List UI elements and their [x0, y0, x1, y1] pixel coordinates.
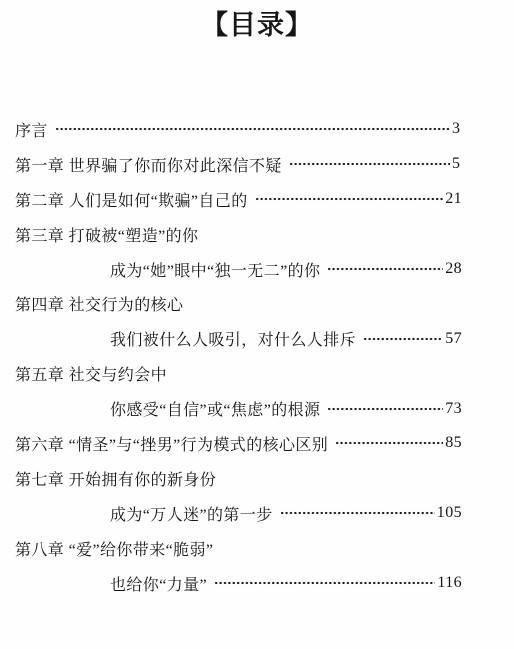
toc-entry-label: 第一章 世界骗了你而你对此深信不疑 [15, 153, 282, 176]
toc-entry: 第六章 “情圣”与“挫男”行为模式的核心区别85 [15, 426, 462, 461]
dot-leader [363, 331, 443, 347]
page-title: 【目录】 [0, 11, 514, 41]
toc-entry: 第一章 世界骗了你而你对此深信不疑5 [15, 147, 462, 182]
dot-leader [327, 261, 443, 277]
dot-leader [335, 435, 443, 451]
toc-entry-page: 73 [445, 400, 462, 418]
dot-leader [289, 156, 450, 172]
toc-entry: 我们被什么人吸引，对什么人排斥57 [15, 321, 462, 356]
toc-entry-label: 也给你“力量” [110, 572, 207, 595]
toc-entry-label: 你感受“自信”或“焦虑”的根源 [110, 397, 320, 420]
toc-entry-page: 105 [437, 504, 462, 522]
toc-entry: 第七章 开始拥有你的新身份 [15, 461, 462, 496]
toc-entry-label: 第二章 人们是如何“欺骗”自己的 [15, 188, 248, 211]
toc-entry-label: 成为“万人迷”的第一步 [110, 502, 273, 525]
toc-entry-label: 序言 [15, 118, 48, 141]
toc-entry: 成为“万人迷”的第一步105 [15, 496, 462, 531]
toc-entry: 你感受“自信”或“焦虑”的根源73 [15, 391, 462, 426]
toc-page: 【目录】 序言3第一章 世界骗了你而你对此深信不疑5第二章 人们是如何“欺骗”自… [0, 0, 514, 649]
dot-leader [55, 121, 450, 137]
toc-entry-page: 57 [445, 330, 462, 348]
dot-leader [214, 575, 435, 591]
toc-entry: 第二章 人们是如何“欺骗”自己的21 [15, 182, 462, 217]
toc-entry-label: 第五章 社交与约会中 [15, 362, 167, 385]
dot-leader [255, 191, 444, 207]
toc-entry-page: 21 [445, 190, 462, 208]
toc-entry-label: 成为“她”眼中“独一无二”的你 [110, 258, 320, 281]
dot-leader [327, 401, 443, 417]
toc-entry-label: 第六章 “情圣”与“挫男”行为模式的核心区别 [15, 432, 328, 455]
toc-entry: 成为“她”眼中“独一无二”的你28 [15, 252, 462, 287]
dot-leader [280, 505, 435, 521]
toc-entry-page: 116 [437, 574, 462, 592]
toc-entry-label: 我们被什么人吸引，对什么人排斥 [110, 327, 356, 350]
toc-entry: 也给你“力量”116 [15, 566, 462, 601]
toc-entry-label: 第八章 “爱”给你带来“脆弱” [15, 537, 213, 560]
toc-entry: 第四章 社交行为的核心 [15, 286, 462, 321]
toc-entry: 序言3 [15, 112, 462, 147]
toc-entry: 第八章 “爱”给你带来“脆弱” [15, 531, 462, 566]
toc-entry-page: 3 [452, 120, 462, 138]
toc-entry-label: 第三章 打破被“塑造”的你 [15, 223, 198, 246]
toc-entry-label: 第四章 社交行为的核心 [15, 292, 183, 315]
toc-list: 序言3第一章 世界骗了你而你对此深信不疑5第二章 人们是如何“欺骗”自己的21第… [15, 112, 462, 600]
toc-entry-page: 5 [452, 155, 462, 173]
toc-entry: 第三章 打破被“塑造”的你 [15, 217, 462, 252]
toc-entry: 第五章 社交与约会中 [15, 356, 462, 391]
toc-entry-page: 85 [445, 434, 462, 452]
toc-entry-label: 第七章 开始拥有你的新身份 [15, 467, 216, 490]
toc-entry-page: 28 [445, 260, 462, 278]
